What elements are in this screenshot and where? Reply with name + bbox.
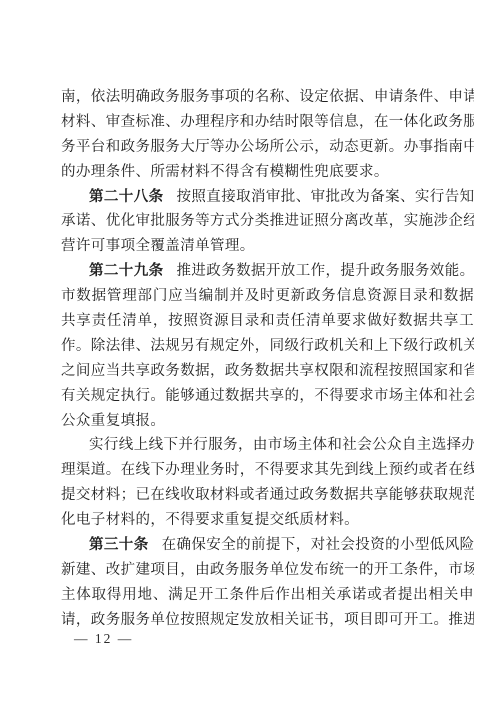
page-footer: — 12 — (74, 630, 133, 648)
document-page: 南，依法明确政务服务事项的名称、设定依据、申请条件、申请材料、审查标准、办理程序… (0, 0, 500, 707)
text-line: 务平台和政务服务大厅等办公场所公示，动态更新。办事指南中 (61, 135, 474, 160)
text-line: 实行线上线下并行服务，由市场主体和社会公众自主选择办 (61, 433, 474, 458)
paragraph-article-29: 第二十九条推进政务数据开放工作，提升政务服务效能。市数据管理部门应当编制并及时更… (61, 259, 474, 433)
text-run: 材料、审查标准、办理程序和办结时限等信息，在一体化政务服 (61, 114, 474, 130)
text-run: 理渠道。在线下办理业务时，不得要求其先到线上预约或者在线 (61, 462, 474, 478)
text-line: 市数据管理部门应当编制并及时更新政务信息资源目录和数据 (61, 284, 474, 309)
paragraph-article-29-paragraph-2: 实行线上线下并行服务，由市场主体和社会公众自主选择办理渠道。在线下办理业务时，不… (61, 433, 474, 533)
text-run: 营许可事项全覆盖清单管理。 (61, 238, 255, 254)
text-line: 主体取得用地、满足开工条件后作出相关承诺或者提出相关申 (61, 583, 474, 608)
page-number: — 12 — (74, 631, 133, 646)
text-line: 之间应当共享政务数据，政务数据共享权限和流程按照国家和省 (61, 359, 474, 384)
article-number: 第二十八条 (89, 189, 164, 205)
text-run: 主体取得用地、满足开工条件后作出相关承诺或者提出相关申 (61, 587, 474, 603)
text-line: 公众重复填报。 (61, 409, 474, 434)
text-run: 承诺、优化审批服务等方式分类推进证照分离改革，实施涉企经 (61, 213, 474, 229)
text-line: 第二十八条按照直接取消审批、审批改为备案、实行告知 (61, 185, 474, 210)
text-line: 材料、审查标准、办理程序和办结时限等信息，在一体化政务服 (61, 110, 474, 135)
text-run: 之间应当共享政务数据，政务数据共享权限和流程按照国家和省 (61, 363, 474, 379)
text-line: 新建、改扩建项目，由政务服务单位发布统一的开工条件，市场 (61, 558, 474, 583)
text-run: 推进政务数据开放工作，提升政务服务效能。 (177, 263, 475, 279)
text-line: 化电子材料的，不得要求重复提交纸质材料。 (61, 508, 474, 533)
paragraph-article-28: 第二十八条按照直接取消审批、审批改为备案、实行告知承诺、优化审批服务等方式分类推… (61, 185, 474, 260)
text-line: 承诺、优化审批服务等方式分类推进证照分离改革，实施涉企经 (61, 209, 474, 234)
text-run: 按照直接取消审批、审批改为备案、实行告知 (177, 189, 475, 205)
text-run: 市数据管理部门应当编制并及时更新政务信息资源目录和数据 (61, 288, 474, 304)
article-number: 第二十九条 (89, 263, 164, 279)
text-run: 化电子材料的，不得要求重复提交纸质材料。 (61, 512, 359, 528)
text-line: 第三十条在确保安全的前提下，对社会投资的小型低风险 (61, 533, 474, 558)
text-run: 共享责任清单，按照资源目录和责任清单要求做好数据共享工 (61, 313, 474, 329)
text-run: 南，依法明确政务服务事项的名称、设定依据、申请条件、申请 (61, 89, 474, 105)
document-body: 南，依法明确政务服务事项的名称、设定依据、申请条件、申请材料、审查标准、办理程序… (61, 85, 474, 633)
text-run: 公众重复填报。 (61, 413, 165, 429)
article-number: 第三十条 (89, 537, 149, 553)
text-line: 作。除法律、法规另有规定外，同级行政机关和上下级行政机关 (61, 334, 474, 359)
text-run: 的办理条件、所需材料不得含有模糊性兜底要求。 (61, 164, 389, 180)
text-run: 新建、改扩建项目，由政务服务单位发布统一的开工条件，市场 (61, 562, 474, 578)
text-line: 共享责任清单，按照资源目录和责任清单要求做好数据共享工 (61, 309, 474, 334)
text-line: 有关规定执行。能够通过数据共享的，不得要求市场主体和社会 (61, 384, 474, 409)
text-run: 提交材料；已在线收取材料或者通过政务数据共享能够获取规范 (61, 487, 474, 503)
text-line: 南，依法明确政务服务事项的名称、设定依据、申请条件、申请 (61, 85, 474, 110)
text-run: 务平台和政务服务大厅等办公场所公示，动态更新。办事指南中 (61, 139, 474, 155)
text-line: 提交材料；已在线收取材料或者通过政务数据共享能够获取规范 (61, 483, 474, 508)
text-run: 实行线上线下并行服务，由市场主体和社会公众自主选择办 (89, 437, 474, 453)
paragraph-continuation-paragraph: 南，依法明确政务服务事项的名称、设定依据、申请条件、申请材料、审查标准、办理程序… (61, 85, 474, 185)
text-line: 第二十九条推进政务数据开放工作，提升政务服务效能。 (61, 259, 474, 284)
text-line: 营许可事项全覆盖清单管理。 (61, 234, 474, 259)
paragraph-article-30: 第三十条在确保安全的前提下，对社会投资的小型低风险新建、改扩建项目，由政务服务单… (61, 533, 474, 633)
text-line: 的办理条件、所需材料不得含有模糊性兜底要求。 (61, 160, 474, 185)
text-run: 有关规定执行。能够通过数据共享的，不得要求市场主体和社会 (61, 388, 474, 404)
text-line: 请，政务服务单位按照规定发放相关证书，项目即可开工。推进 (61, 608, 474, 633)
text-line: 理渠道。在线下办理业务时，不得要求其先到线上预约或者在线 (61, 458, 474, 483)
text-run: 作。除法律、法规另有规定外，同级行政机关和上下级行政机关 (61, 338, 474, 354)
text-run: 请，政务服务单位按照规定发放相关证书，项目即可开工。推进 (61, 612, 474, 628)
text-run: 在确保安全的前提下，对社会投资的小型低风险 (162, 537, 474, 553)
